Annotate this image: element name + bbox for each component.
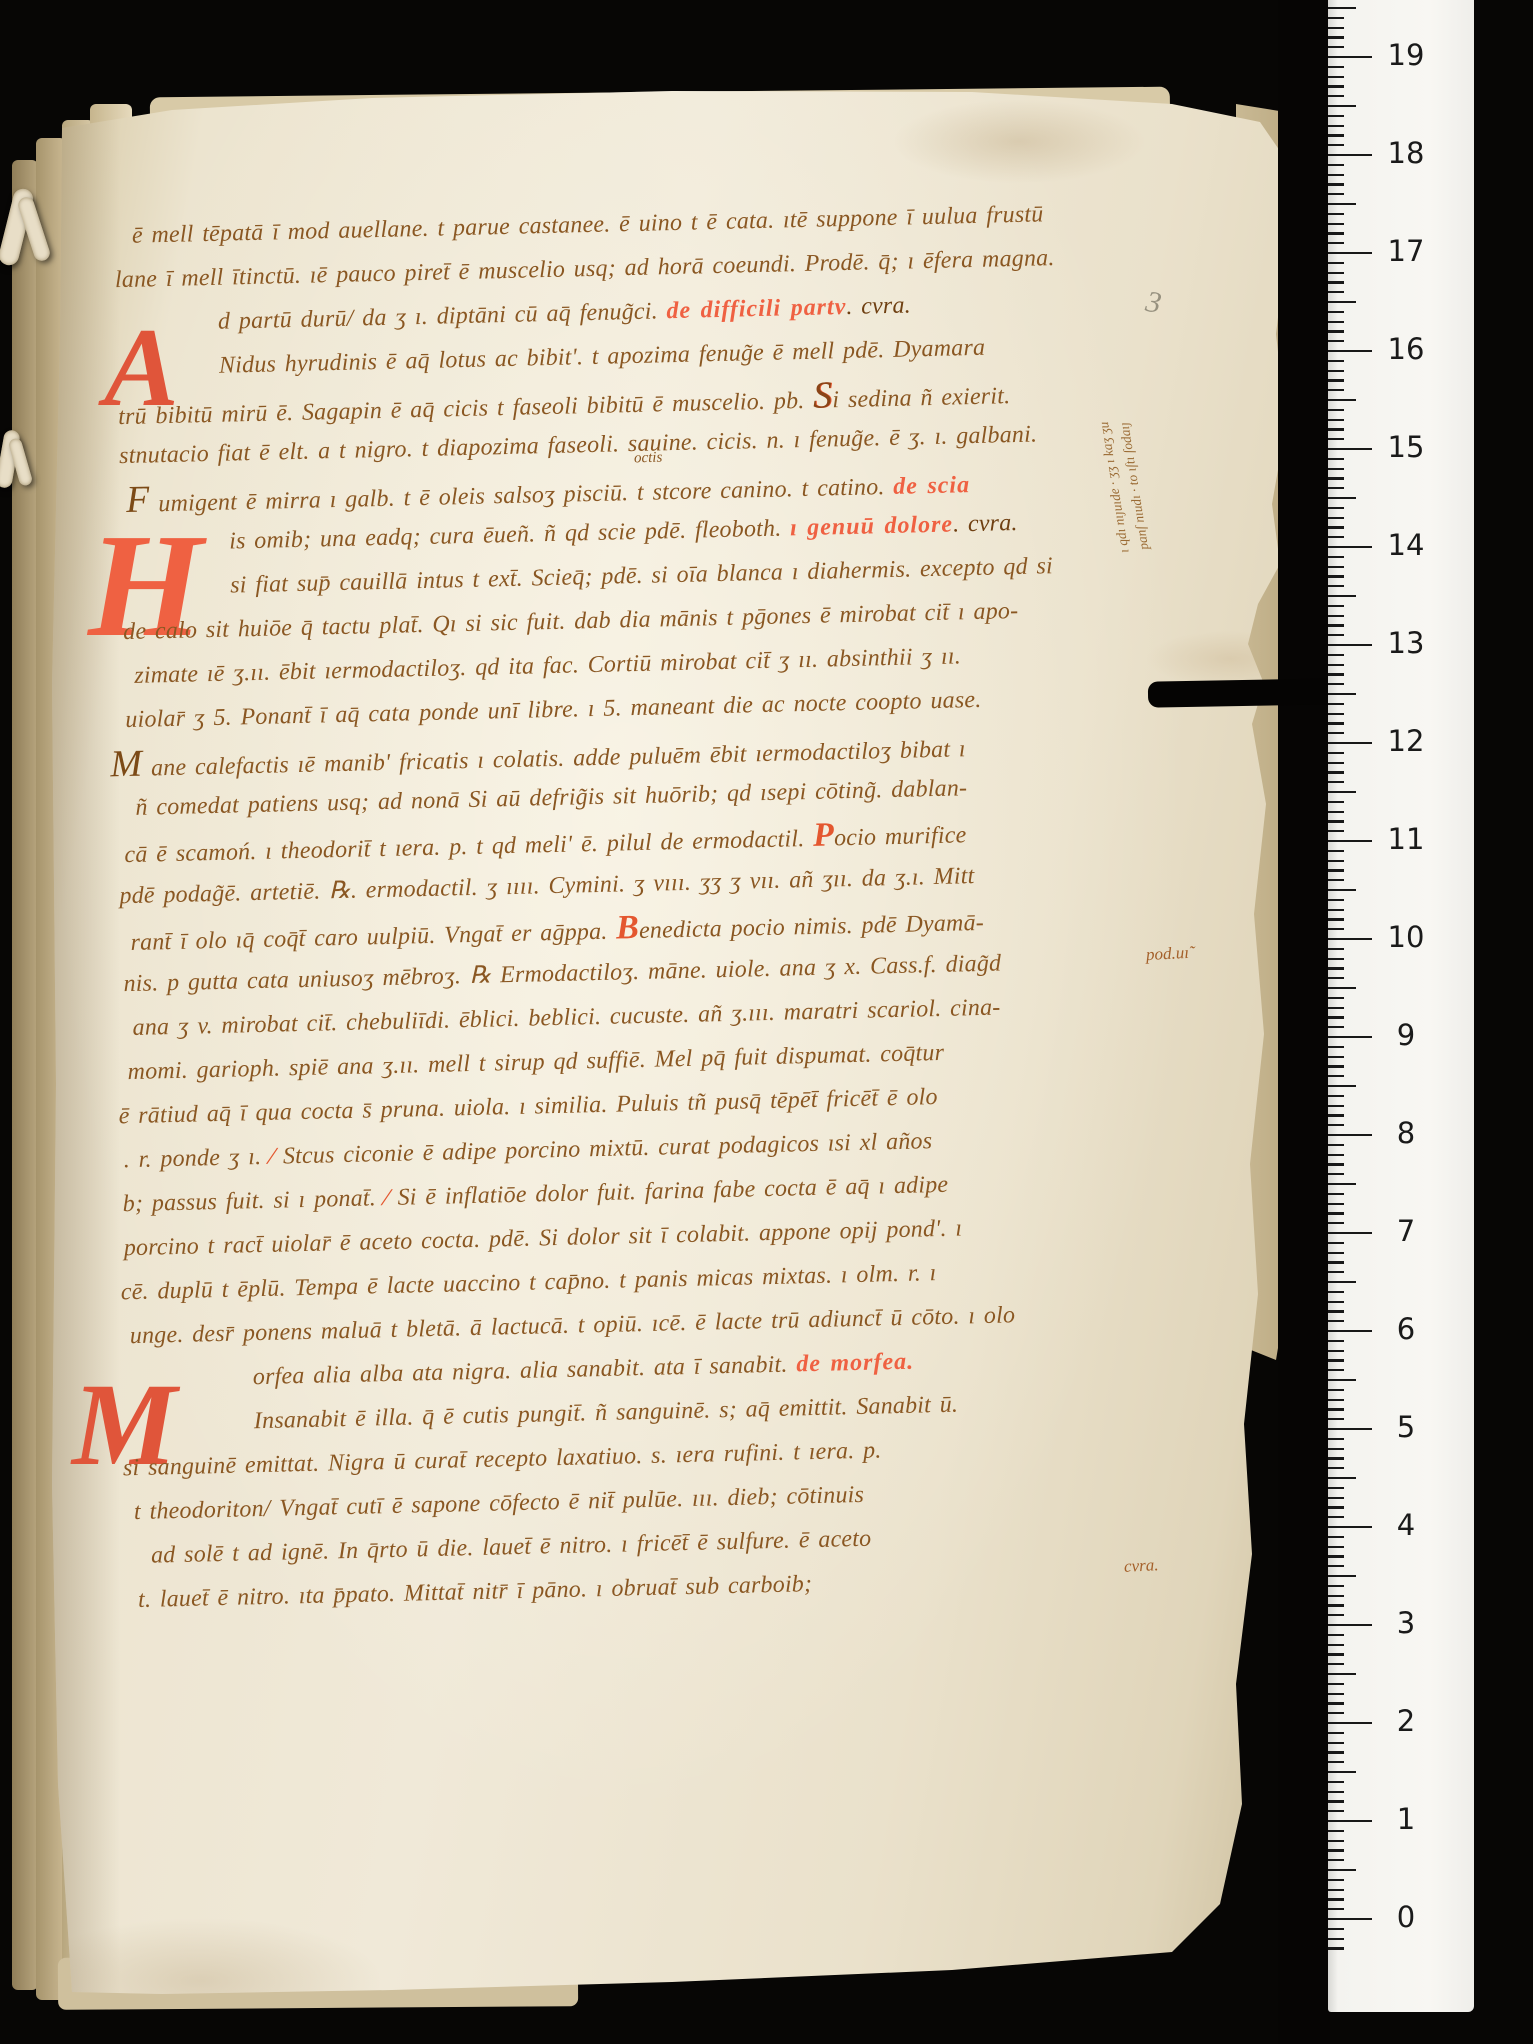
ruler-mm-tick <box>1328 732 1344 734</box>
ruler-mm-tick <box>1328 1448 1344 1450</box>
ruler-mm-tick <box>1328 1810 1344 1812</box>
manuscript-text: F <box>126 478 150 521</box>
rubric-heading: de difficili partv <box>666 294 846 324</box>
shadow-bar <box>1148 678 1334 707</box>
ruler-mm-tick <box>1328 272 1344 274</box>
ruler-mm-tick <box>1328 85 1344 87</box>
ruler-cm-tick <box>1328 644 1372 646</box>
margin-note-pod: pod.uı̃ <box>1146 943 1190 965</box>
ruler-mm-tick <box>1328 664 1344 666</box>
ruler-mm-tick <box>1328 1849 1344 1851</box>
ruler-number: 11 <box>1380 822 1432 856</box>
ruler-mm-tick <box>1328 1800 1344 1802</box>
ruler-mm-tick <box>1328 379 1344 381</box>
ruler-mm-tick <box>1328 1653 1344 1655</box>
ruler-mm-tick <box>1328 409 1344 411</box>
ruler-mm-tick <box>1328 1555 1344 1557</box>
manuscript-text: ad solē t ad ignē. In q̄rto ū die. lauet… <box>151 1526 872 1569</box>
ruler-mm-tick <box>1328 183 1344 185</box>
ruler-mm-tick <box>1328 213 1344 215</box>
ruler-mm-tick <box>1328 330 1344 332</box>
ruler-mm-tick <box>1328 311 1344 313</box>
ruler-mm-tick <box>1328 1124 1344 1126</box>
ruler-mm-tick <box>1328 811 1344 813</box>
ruler-mm-tick <box>1328 517 1344 519</box>
ruler-mm-tick <box>1328 262 1344 264</box>
ruler-mm-tick <box>1328 66 1344 68</box>
ruler-mm-tick <box>1328 27 1344 29</box>
ruler-mm-tick <box>1328 693 1356 695</box>
ruler-mm-tick <box>1328 370 1344 372</box>
ruler-mm-tick <box>1328 801 1344 803</box>
ruler-mm-tick <box>1328 1908 1344 1910</box>
ruler-number: 14 <box>1380 528 1432 562</box>
ruler-mm-tick <box>1328 673 1344 675</box>
ruler-mm-tick <box>1328 1830 1344 1832</box>
manuscript-text: . cvra. <box>953 510 1018 538</box>
ruler-mm-tick <box>1328 174 1344 176</box>
manuscript-text: M <box>110 743 143 786</box>
ruler-mm-tick <box>1328 1144 1344 1146</box>
manuscript-text: orfea alia alba ata nigra. alia sanabit.… <box>253 1351 797 1390</box>
ruler-mm-tick <box>1328 791 1356 793</box>
ruler-mm-tick <box>1328 1683 1344 1685</box>
ruler-mm-tick <box>1328 1634 1344 1636</box>
ruler-cm-tick <box>1328 742 1372 744</box>
page-edge-shadow <box>1278 0 1330 2044</box>
ruler-mm-tick <box>1328 76 1344 78</box>
ruler-mm-tick <box>1328 1497 1344 1499</box>
ruler-mm-tick <box>1328 1418 1344 1420</box>
ruler-mm-tick <box>1328 1359 1344 1361</box>
ruler-mm-tick <box>1328 1663 1344 1665</box>
ruler-mm-tick <box>1328 1320 1344 1322</box>
manuscript-text: Stcus ciconie ē adipe porcino mixtū. cur… <box>274 1128 933 1169</box>
manuscript-text: ocio murifice <box>834 822 967 851</box>
ruler-cm-tick <box>1328 1624 1372 1626</box>
ruler-mm-tick <box>1328 1242 1344 1244</box>
ruler-mm-tick <box>1328 360 1344 362</box>
ruler-mm-tick <box>1328 1261 1344 1263</box>
measuring-ruler: 012345678910111213141516171819 <box>1328 0 1474 2012</box>
ruler-mm-tick <box>1328 1771 1356 1773</box>
ruler-mm-tick <box>1328 242 1344 244</box>
ruler-number: 9 <box>1380 1018 1432 1052</box>
ruler-mm-tick <box>1328 1105 1344 1107</box>
ruler-mm-tick <box>1328 771 1344 773</box>
ruler-mm-tick <box>1328 595 1356 597</box>
ruler-mm-tick <box>1328 1291 1344 1293</box>
ruler-mm-tick <box>1328 438 1344 440</box>
ruler-mm-tick <box>1328 1751 1344 1753</box>
ruler-mm-tick <box>1328 389 1344 391</box>
ruler-mm-tick <box>1328 1702 1344 1704</box>
ruler-mm-tick <box>1328 399 1356 401</box>
ruler-mm-tick <box>1328 683 1344 685</box>
ruler-mm-tick <box>1328 1389 1344 1391</box>
ruler-mm-tick <box>1328 997 1344 999</box>
ruler-mm-tick <box>1328 536 1344 538</box>
ruler-mm-tick <box>1328 1859 1344 1861</box>
ruler-mm-tick <box>1328 1163 1344 1165</box>
ruler-mm-tick <box>1328 164 1344 166</box>
ruler-mm-tick <box>1328 987 1356 989</box>
ruler-mm-tick <box>1328 428 1344 430</box>
ruler-cm-tick <box>1328 840 1372 842</box>
ruler-number: 4 <box>1380 1508 1432 1542</box>
ruler-mm-tick <box>1328 967 1344 969</box>
ruler-mm-tick <box>1328 1487 1344 1489</box>
ruler-mm-tick <box>1328 703 1344 705</box>
ruler-mm-tick <box>1328 507 1344 509</box>
ruler-mm-tick <box>1328 1212 1344 1214</box>
ruler-mm-tick <box>1328 1604 1344 1606</box>
ruler-number: 2 <box>1380 1704 1432 1738</box>
ruler-cm-tick <box>1328 1232 1372 1234</box>
ruler-mm-tick <box>1328 115 1344 117</box>
ruler-mm-tick <box>1328 820 1344 822</box>
ruler-mm-tick <box>1328 458 1344 460</box>
ruler-mm-tick <box>1328 918 1344 920</box>
ruler-mm-tick <box>1328 1075 1344 1077</box>
ruler-mm-tick <box>1328 1898 1344 1900</box>
ruler-cm-tick <box>1328 1722 1372 1724</box>
ruler-mm-tick <box>1328 1506 1344 1508</box>
ruler-number: 0 <box>1380 1900 1432 1934</box>
ruler-mm-tick <box>1328 144 1344 146</box>
ruler-mm-tick <box>1328 1379 1356 1381</box>
manuscript-text: Insanabit ē illa. q̄ ē cutis pungit̄. ñ … <box>254 1392 959 1435</box>
ruler-cm-tick <box>1328 1918 1372 1920</box>
ruler-mm-tick <box>1328 1889 1344 1891</box>
ruler-mm-tick <box>1328 830 1344 832</box>
ruler-mm-tick <box>1328 1565 1344 1567</box>
ruler-mm-tick <box>1328 1085 1356 1087</box>
ruler-mm-tick <box>1328 575 1344 577</box>
ruler-mm-tick <box>1328 223 1344 225</box>
ruler-number: 16 <box>1380 332 1432 366</box>
ruler-cm-tick <box>1328 1526 1372 1528</box>
manuscript-text: rant̄ ī olo ıq̄ coq̄t̄ caro uulpiū. Vnga… <box>130 919 616 956</box>
ruler-mm-tick <box>1328 889 1356 891</box>
ruler-number: 19 <box>1380 38 1432 72</box>
rubric-heading: ı genuū dolore <box>790 512 954 542</box>
ruler-mm-tick <box>1328 497 1356 499</box>
manuscript-text: is omib; una eadq; cura ēueñ. ñ qd scie … <box>229 515 791 554</box>
ruler-mm-tick <box>1328 1712 1344 1714</box>
ruler-mm-tick <box>1328 487 1344 489</box>
ruler-mm-tick <box>1328 752 1344 754</box>
ruler-cm-tick <box>1328 154 1372 156</box>
ruler-mm-tick <box>1328 1438 1344 1440</box>
ruler-cm-tick <box>1328 938 1372 940</box>
ruler-cm-tick <box>1328 1036 1372 1038</box>
ruler-mm-tick <box>1328 1938 1344 1940</box>
text-block: ē mell tēpatā ī mod auellane. t parue ca… <box>113 191 1151 1622</box>
ruler-mm-tick <box>1328 1761 1344 1763</box>
ruler-mm-tick <box>1328 1281 1356 1283</box>
ruler-mm-tick <box>1328 193 1344 195</box>
ruler-mm-tick <box>1328 1114 1344 1116</box>
manuscript-text: S <box>813 374 833 416</box>
ruler-mm-tick <box>1328 781 1344 783</box>
ruler-number: 12 <box>1380 724 1432 758</box>
ruler-mm-tick <box>1328 566 1344 568</box>
ruler-mm-tick <box>1328 1173 1344 1175</box>
ruler-mm-tick <box>1328 1056 1344 1058</box>
ruler-mm-tick <box>1328 1467 1344 1469</box>
ruler-mm-tick <box>1328 1252 1344 1254</box>
ruler-mm-tick <box>1328 1016 1344 1018</box>
ruler-mm-tick <box>1328 977 1344 979</box>
ruler-mm-tick <box>1328 869 1344 871</box>
ruler-number: 5 <box>1380 1410 1432 1444</box>
ruler-mm-tick <box>1328 585 1344 587</box>
ruler-mm-tick <box>1328 1732 1344 1734</box>
ruler-mm-tick <box>1328 1026 1344 1028</box>
manuscript-text: d partū durū/ da ʒ ı. diptāni cū aq̄ fen… <box>218 298 667 335</box>
ruler-mm-tick <box>1328 1693 1344 1695</box>
ruler-mm-tick <box>1328 291 1344 293</box>
ruler-mm-tick <box>1328 281 1344 283</box>
ruler-mm-tick <box>1328 1457 1344 1459</box>
ruler-mm-tick <box>1328 1869 1356 1871</box>
ruler-cm-tick <box>1328 56 1372 58</box>
ruler-mm-tick <box>1328 1301 1344 1303</box>
ruler-cm-tick <box>1328 546 1372 548</box>
ruler-mm-tick <box>1328 95 1344 97</box>
ruler-number: 1 <box>1380 1802 1432 1836</box>
ruler-mm-tick <box>1328 301 1356 303</box>
ruler-mm-tick <box>1328 1271 1344 1273</box>
ruler-cm-tick <box>1328 1820 1372 1822</box>
ruler-cm-tick <box>1328 448 1372 450</box>
ruler-mm-tick <box>1328 1350 1344 1352</box>
ruler-mm-tick <box>1328 203 1356 205</box>
ruler-mm-tick <box>1328 1673 1356 1675</box>
ruler-number: 17 <box>1380 234 1432 268</box>
ruler-mm-tick <box>1328 1408 1344 1410</box>
ruler-mm-tick <box>1328 762 1344 764</box>
manuscript-text: i sedina ñ exierit. <box>832 383 1011 413</box>
ruler-mm-tick <box>1328 1516 1344 1518</box>
ruler-mm-tick <box>1328 1369 1344 1371</box>
ruler-mm-tick <box>1328 1310 1344 1312</box>
ruler-mm-tick <box>1328 1614 1344 1616</box>
ruler-mm-tick <box>1328 1742 1344 1744</box>
ruler-mm-tick <box>1328 722 1344 724</box>
manuscript-text: t. lauet̄ ē nitro. ıta p̄pato. Mittat̄ n… <box>138 1571 813 1613</box>
ruler-mm-tick <box>1328 105 1356 107</box>
ruler-mm-tick <box>1328 1065 1344 1067</box>
ruler-number: 18 <box>1380 136 1432 170</box>
manuscript-text: b; passus fuit. si ı ponat̄. <box>122 1185 385 1217</box>
ruler-number: 15 <box>1380 430 1432 464</box>
ruler-mm-tick <box>1328 1644 1344 1646</box>
ruler-mm-tick <box>1328 1046 1344 1048</box>
ruler-mm-tick <box>1328 1595 1344 1597</box>
ruler-number: 13 <box>1380 626 1432 660</box>
ruler-number: 6 <box>1380 1312 1432 1346</box>
ruler-mm-tick <box>1328 879 1344 881</box>
ruler-mm-tick <box>1328 624 1344 626</box>
ruler-mm-tick <box>1328 340 1344 342</box>
ruler-cm-tick <box>1328 350 1372 352</box>
ruler-mm-tick <box>1328 1193 1344 1195</box>
ruler-mm-tick <box>1328 526 1344 528</box>
ruler-mm-tick <box>1328 1399 1344 1401</box>
manuscript-text: Si ē inflatiōe dolor fuit. farina fabe c… <box>389 1172 949 1211</box>
ruler-mm-tick <box>1328 928 1344 930</box>
manuscript-text: B <box>616 909 640 947</box>
ruler-mm-tick <box>1328 17 1344 19</box>
ruler-cm-tick <box>1328 1428 1372 1430</box>
ruler-mm-tick <box>1328 860 1344 862</box>
ruler-mm-tick <box>1328 958 1344 960</box>
ruler-mm-tick <box>1328 713 1344 715</box>
manuscript-text: P <box>813 816 835 853</box>
ruler-mm-tick <box>1328 46 1344 48</box>
manuscript-text: enedicta pocio nimis. pdē Dyamā- <box>639 910 985 944</box>
ruler-mm-tick <box>1328 615 1344 617</box>
ruler-mm-tick <box>1328 1222 1344 1224</box>
ruler-cm-tick <box>1328 1134 1372 1136</box>
ruler-mm-tick <box>1328 1840 1344 1842</box>
photo-stage: AHM ē mell tēpatā ī mod auellane. t paru… <box>0 0 1533 2044</box>
ruler-number: 7 <box>1380 1214 1432 1248</box>
ruler-mm-tick <box>1328 125 1344 127</box>
ruler-mm-tick <box>1328 948 1344 950</box>
manuscript-text: . cvra. <box>846 292 911 320</box>
ruler-cm-tick <box>1328 252 1372 254</box>
ruler-mm-tick <box>1328 850 1344 852</box>
ruler-mm-tick <box>1328 1340 1344 1342</box>
ruler-mm-tick <box>1328 1781 1344 1783</box>
margin-note-cvra: cvra. <box>1124 1555 1159 1577</box>
manuscript-text: . r. ponde ʒ ı. <box>123 1144 270 1173</box>
ruler-mm-tick <box>1328 477 1344 479</box>
ruler-mm-tick <box>1328 909 1344 911</box>
ruler-mm-tick <box>1328 321 1344 323</box>
ruler-mm-tick <box>1328 899 1344 901</box>
interlinear-note: octis <box>634 450 663 468</box>
rubric-heading: de morfea. <box>796 1349 914 1378</box>
ruler-number: 10 <box>1380 920 1432 954</box>
ruler-mm-tick <box>1328 1007 1344 1009</box>
rubric-heading: de scia <box>893 472 970 500</box>
ruler-mm-tick <box>1328 1477 1356 1479</box>
ruler-mm-tick <box>1328 556 1344 558</box>
ruler-mm-tick <box>1328 1791 1344 1793</box>
ruler-mm-tick <box>1328 232 1344 234</box>
ruler-mm-tick <box>1328 1585 1344 1587</box>
ruler-number: 8 <box>1380 1116 1432 1150</box>
ruler-mm-tick <box>1328 605 1344 607</box>
ruler-mm-tick <box>1328 1546 1344 1548</box>
ruler-mm-tick <box>1328 1183 1356 1185</box>
ruler-mm-tick <box>1328 1095 1344 1097</box>
ruler-mm-tick <box>1328 134 1344 136</box>
ruler-cm-tick <box>1328 1330 1372 1332</box>
ruler-mm-tick <box>1328 419 1344 421</box>
ruler-mm-tick <box>1328 1575 1356 1577</box>
ruler-mm-tick <box>1328 1947 1344 1949</box>
ruler-mm-tick <box>1328 468 1344 470</box>
ruler-mm-tick <box>1328 654 1344 656</box>
ruler-number: 3 <box>1380 1606 1432 1640</box>
ruler-mm-tick <box>1328 36 1344 38</box>
ruler-mm-tick <box>1328 634 1344 636</box>
ruler-mm-tick <box>1328 1536 1344 1538</box>
ruler-mm-tick <box>1328 7 1356 9</box>
ruler-mm-tick <box>1328 1203 1344 1205</box>
ruler-mm-tick <box>1328 1879 1344 1881</box>
ruler-mm-tick <box>1328 1928 1344 1930</box>
ruler-mm-tick <box>1328 1154 1344 1156</box>
